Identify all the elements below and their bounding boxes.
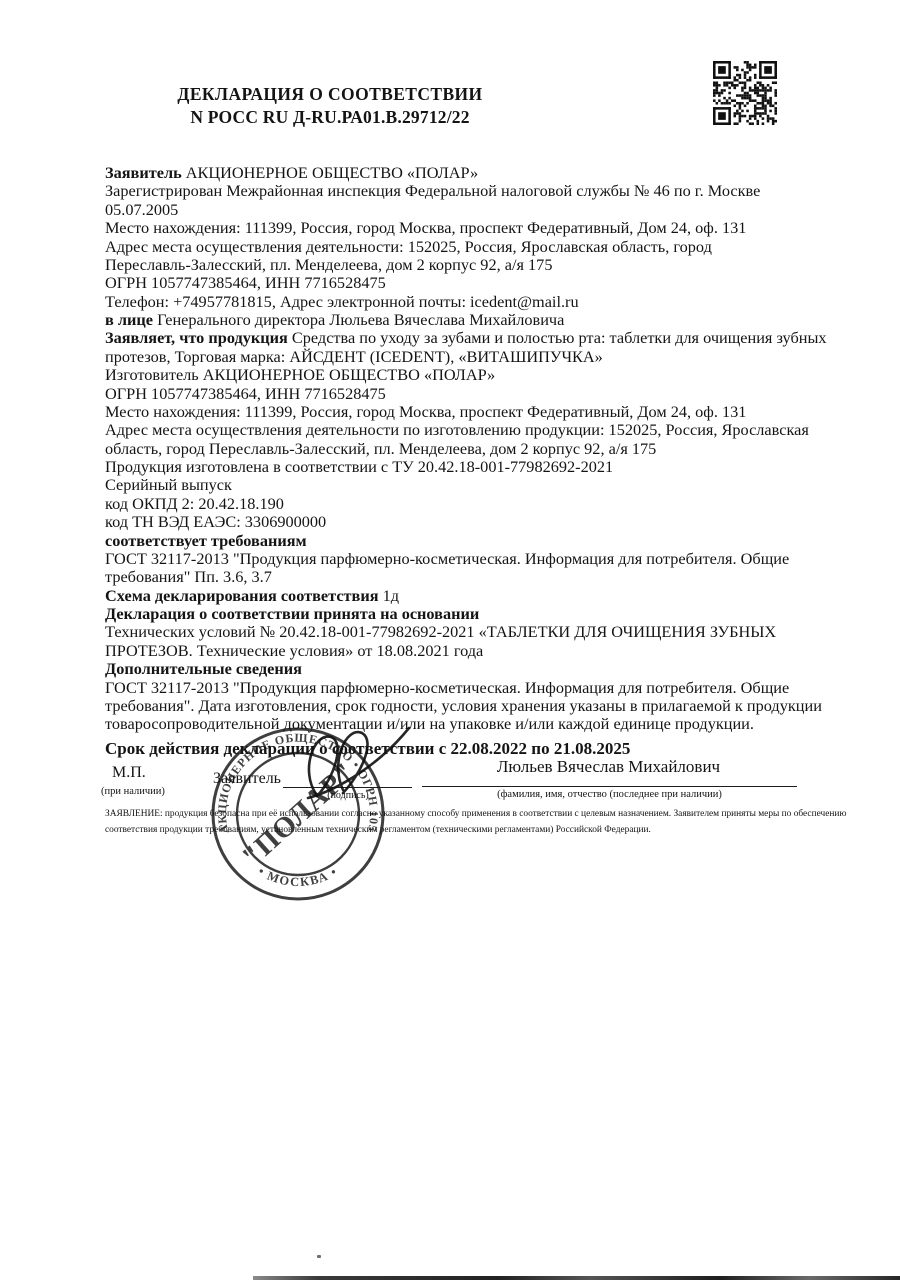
document-line: Переславль-Залесский, пл. Менделеева, до… bbox=[105, 256, 815, 274]
document-line: протезов, Торговая марка: АЙСДЕНТ (ICEDE… bbox=[105, 348, 815, 366]
document-line: Технических условий № 20.42.18-001-77982… bbox=[105, 623, 815, 641]
document-line: Место нахождения: 111399, Россия, город … bbox=[105, 219, 815, 237]
document-line: требования". Дата изготовления, срок год… bbox=[105, 697, 815, 715]
signatory-name-line bbox=[422, 786, 797, 787]
document-line: требования" Пп. 3.6, 3.7 bbox=[105, 568, 815, 586]
stamp-city-text: • МОСКВА • bbox=[256, 864, 341, 889]
document-line: Заявитель АКЦИОНЕРНОЕ ОБЩЕСТВО «ПОЛАР» bbox=[105, 164, 815, 182]
document-line: Продукция изготовлена в соответствии с Т… bbox=[105, 458, 815, 476]
signatory-name: Люльев Вячеслав Михайлович bbox=[420, 757, 797, 777]
document-line: ПРОТЕЗОВ. Технические условия» от 18.08.… bbox=[105, 642, 815, 660]
document-line: код ТН ВЭД ЕАЭС: 3306900000 bbox=[105, 513, 815, 531]
document-line: Дополнительные сведения bbox=[105, 660, 815, 678]
document-line: Схема декларирования соответствия 1д bbox=[105, 587, 815, 605]
document-line: код ОКПД 2: 20.42.18.190 bbox=[105, 495, 815, 513]
document-line: Адрес места осуществления деятельности: … bbox=[105, 238, 815, 256]
document-line: ГОСТ 32117-2013 "Продукция парфюмерно-ко… bbox=[105, 550, 815, 568]
document-line: соответствует требованиям bbox=[105, 532, 815, 550]
document-line: ОГРН 1057747385464, ИНН 7716528475 bbox=[105, 274, 815, 292]
document-line: 05.07.2005 bbox=[105, 201, 815, 219]
handwritten-signature bbox=[288, 722, 423, 812]
stamp-place-note: (при наличии) bbox=[101, 786, 165, 797]
document-line: Декларация о соответствии принята на осн… bbox=[105, 605, 815, 623]
scan-speck bbox=[317, 1255, 321, 1258]
document-line: Место нахождения: 111399, Россия, город … bbox=[105, 403, 815, 421]
document-line: Зарегистрирован Межрайонная инспекция Фе… bbox=[105, 182, 815, 200]
document-title: ДЕКЛАРАЦИЯ О СООТВЕТСТВИИ bbox=[105, 84, 555, 105]
scan-edge-artifact bbox=[253, 1276, 900, 1280]
document-line: Адрес места осуществления деятельности п… bbox=[105, 421, 815, 439]
document-body: Заявитель АКЦИОНЕРНОЕ ОБЩЕСТВО «ПОЛАР»За… bbox=[105, 164, 815, 734]
signatory-name-caption: (фамилия, имя, отчество (последнее при н… bbox=[422, 789, 797, 800]
document-line: в лице Генерального директора Люльева Вя… bbox=[105, 311, 815, 329]
document-number: N РОСС RU Д-RU.РА01.В.29712/22 bbox=[105, 107, 555, 128]
document-header: ДЕКЛАРАЦИЯ О СООТВЕТСТВИИ N РОСС RU Д-RU… bbox=[105, 84, 555, 128]
document-line: Изготовитель АКЦИОНЕРНОЕ ОБЩЕСТВО «ПОЛАР… bbox=[105, 366, 815, 384]
stamp-place-label: М.П. bbox=[112, 764, 146, 782]
document-line: Серийный выпуск bbox=[105, 476, 815, 494]
document-line: Телефон: +74957781815, Адрес электронной… bbox=[105, 293, 815, 311]
qr-code-icon bbox=[713, 61, 777, 125]
document-line: ГОСТ 32117-2013 "Продукция парфюмерно-ко… bbox=[105, 679, 815, 697]
declaration-document-page: ДЕКЛАРАЦИЯ О СООТВЕТСТВИИ N РОСС RU Д-RU… bbox=[0, 0, 900, 1280]
document-line: область, город Переславль-Залесский, пл.… bbox=[105, 440, 815, 458]
document-line: ОГРН 1057747385464, ИНН 7716528475 bbox=[105, 385, 815, 403]
document-line: Заявляет, что продукция Средства по уход… bbox=[105, 329, 815, 347]
